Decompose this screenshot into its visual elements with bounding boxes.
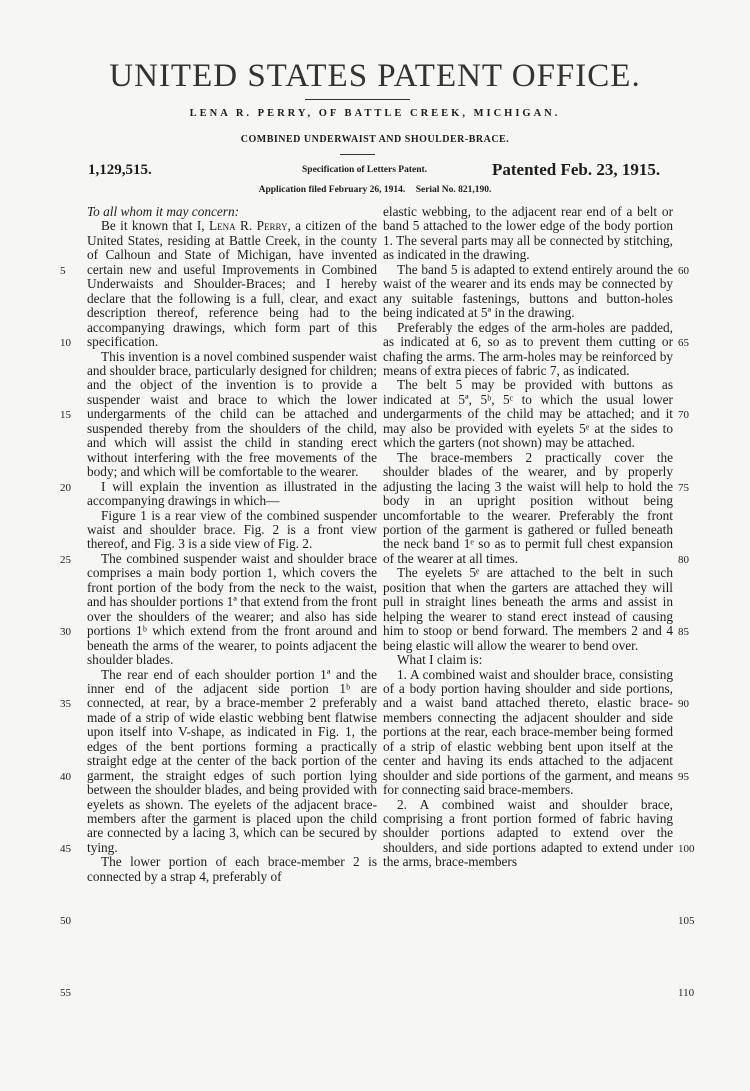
paragraph: This invention is a novel combined suspe… [87,350,377,480]
inventor-line: LENA R. PERRY, OF BATTLE CREEK, MICHIGAN… [0,108,750,119]
line-number: 40 [60,771,71,783]
line-number: 70 [678,409,689,421]
patent-number: 1,129,515. [88,162,152,179]
paragraph: The combined suspender waist and shoulde… [87,552,377,668]
line-number: 60 [678,265,689,277]
line-number: 105 [678,915,695,927]
line-number: 90 [678,698,689,710]
left-column: To all whom it may concern: Be it known … [87,205,377,884]
paragraph: The band 5 is adapted to extend entirely… [383,263,673,321]
salutation: To all whom it may concern: [87,205,377,219]
line-number: 50 [60,915,71,927]
paragraph: The belt 5 may be provided with buttons … [383,378,673,450]
line-number: 45 [60,843,71,855]
line-number: 100 [678,843,695,855]
paragraph: The rear end of each shoulder portion 1ª… [87,668,377,856]
application-line: Application filed February 26, 1914. Ser… [0,185,750,195]
paragraph: elastic webbing, to the adjacent rear en… [383,205,673,263]
paragraph: Preferably the edges of the arm-holes ar… [383,321,673,379]
serial-number: Serial No. 821,190. [416,185,492,195]
claim-2: 2. A combined waist and shoulder brace, … [383,798,673,870]
office-heading: UNITED STATES PATENT OFFICE. [0,58,750,95]
line-number: 15 [60,409,71,421]
paragraph: The lower portion of each brace-member 2… [87,855,377,884]
line-number: 80 [678,554,689,566]
line-number: 55 [60,987,71,999]
invention-title: COMBINED UNDERWAIST AND SHOULDER-BRACE. [0,134,750,145]
line-number: 20 [60,482,71,494]
line-number: 75 [678,482,689,494]
line-number: 85 [678,626,689,638]
divider [340,154,375,155]
paragraph: Figure 1 is a rear view of the combined … [87,509,377,552]
inventor-name: Lena R. Perry [209,218,287,233]
line-number: 95 [678,771,689,783]
line-number: 35 [60,698,71,710]
application-filed: Application filed February 26, 1914. [259,185,406,195]
claim-1: 1. A combined waist and shoulder brace, … [383,668,673,798]
divider [305,99,410,100]
line-number: 65 [678,337,689,349]
paragraph: The eyelets 5ᵉ are attached to the belt … [383,566,673,653]
line-number: 10 [60,337,71,349]
claims-intro: What I claim is: [383,653,673,667]
line-number: 110 [678,987,694,999]
paragraph: The brace-members 2 practically cover th… [383,451,673,567]
line-number: 30 [60,626,71,638]
paragraph: I will explain the invention as illustra… [87,480,377,509]
patent-date: Patented Feb. 23, 1915. [492,160,660,180]
specification-label: Specification of Letters Patent. [302,165,427,175]
line-number: 25 [60,554,71,566]
paragraph: Be it known that I, Lena R. Perry, a cit… [87,219,377,349]
right-column: elastic webbing, to the adjacent rear en… [383,205,673,870]
line-number: 5 [60,265,66,277]
